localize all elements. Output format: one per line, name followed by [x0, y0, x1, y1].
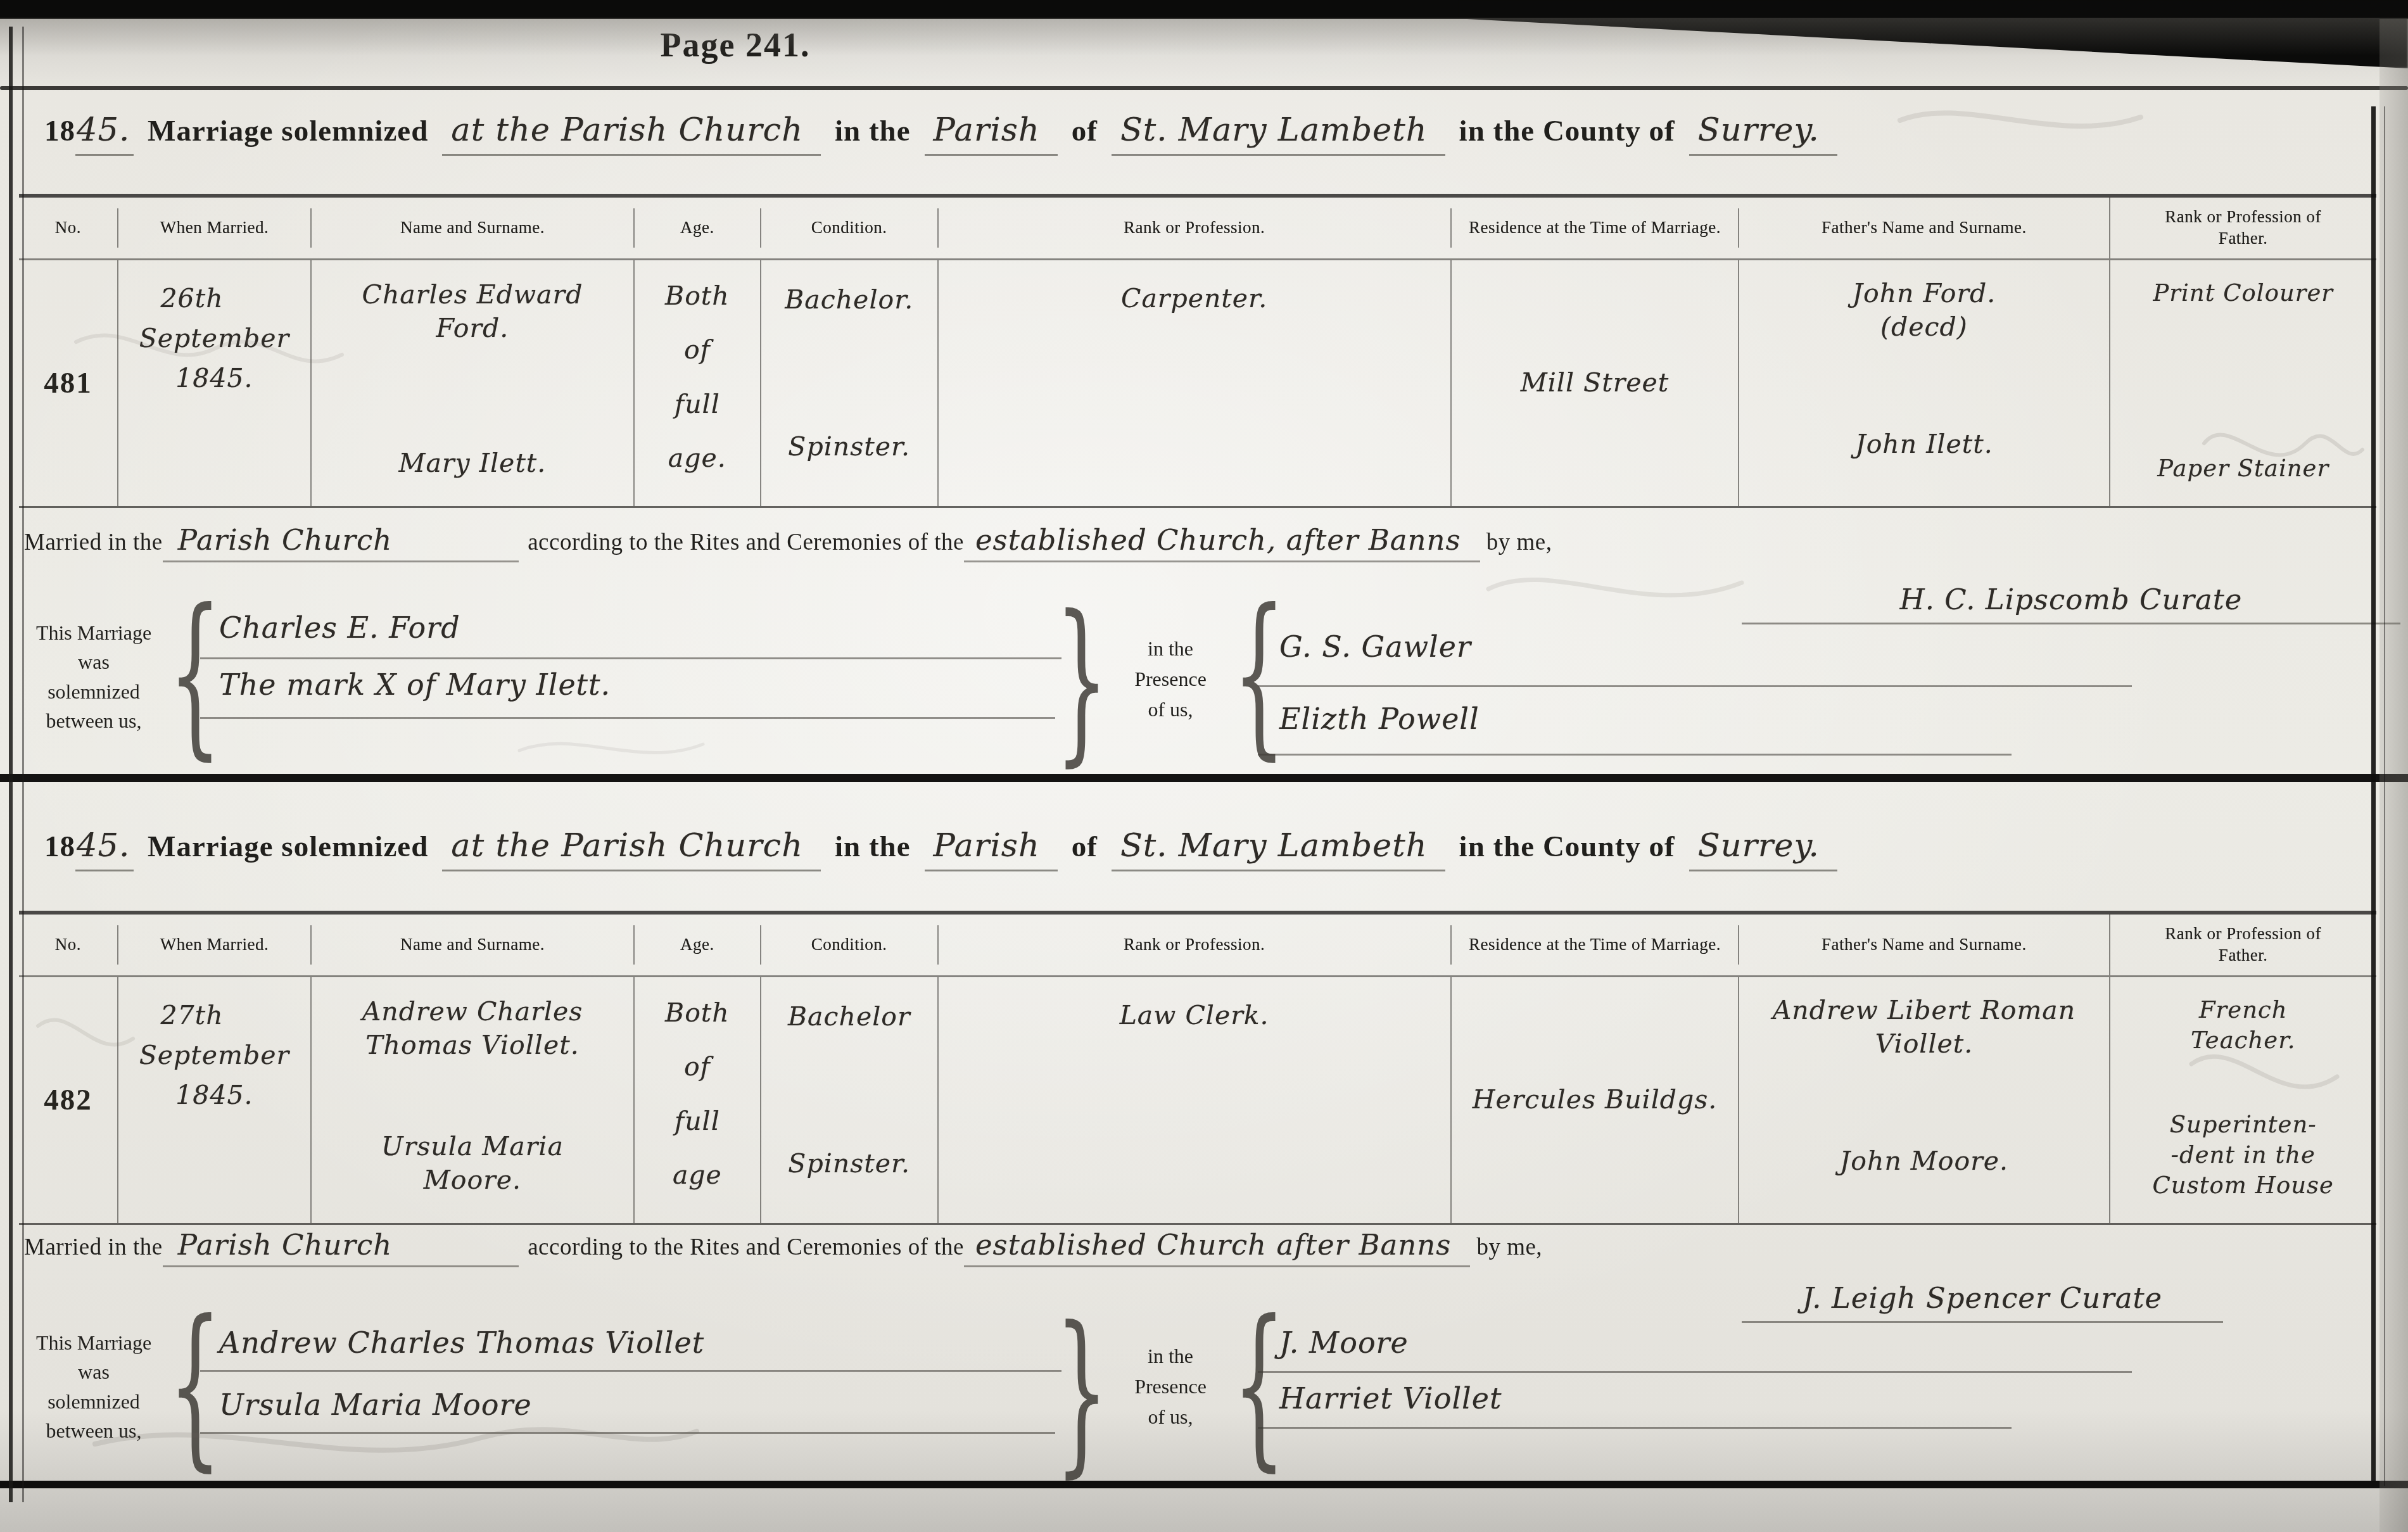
when-married-cell: 27th September 1845. — [117, 977, 310, 1223]
bride-name-line1: Ursula Maria — [314, 1130, 631, 1163]
groom-father-line1: Andrew Libert Roman — [1742, 994, 2106, 1027]
presence-line1: in the — [1103, 1341, 1238, 1371]
col-header-when-married: When Married. — [117, 925, 310, 965]
groom-father: Andrew Libert Roman Viollet. — [1742, 994, 2106, 1061]
witness-1-signature: J. Moore — [1279, 1326, 1409, 1360]
rites-entry: established Church after Banns — [964, 1228, 1470, 1267]
age-cell: Both of full age — [633, 977, 760, 1223]
col-header-when-married: When Married. — [117, 208, 310, 248]
col-header-no: No. — [19, 208, 117, 248]
of-label: of — [1072, 114, 1098, 148]
table-row: 481 26th September 1845. Charles Edward … — [19, 260, 2376, 508]
groom-father-line2: Viollet. — [1742, 1027, 2106, 1061]
year-field: 18 45. — [44, 111, 134, 156]
vow-line3: solemnized — [20, 677, 167, 706]
when-year: 1845. — [118, 362, 310, 395]
bride-name: Ursula Maria Moore. — [314, 1130, 631, 1198]
col-header-age: Age. — [633, 925, 760, 965]
groom-name: Charles Edward Ford. — [314, 278, 631, 346]
bride-father-rank: Superinten- -dent in the Custom House — [2113, 1110, 2374, 1201]
bride-father-rank-line1: Paper Stainer — [2113, 453, 2374, 484]
vow-line4: between us, — [20, 1416, 167, 1445]
groom-signature-line — [200, 1370, 1061, 1372]
page-binding-edge — [9, 27, 24, 1502]
married-in-line: Married in the Parish Church according t… — [24, 523, 1552, 562]
horizontal-rule-bottom — [0, 1481, 2408, 1488]
bride-signature-line — [200, 1432, 1055, 1434]
age-line3: full — [637, 388, 757, 421]
bride-name: Mary Ilett. — [314, 446, 631, 480]
year-printed: 18 — [44, 830, 75, 864]
groom-signature: Andrew Charles Thomas Viollet — [219, 1326, 704, 1360]
groom-name-line2: Ford. — [314, 312, 631, 345]
presence-line1: in the — [1103, 633, 1238, 664]
presence-line2: Presence — [1103, 1371, 1238, 1402]
age-line2: of — [637, 333, 757, 367]
table-header-row: No. When Married. Name and Surname. Age.… — [19, 198, 2376, 260]
bride-condition: Spinster. — [764, 1147, 935, 1181]
parish-name-entry: St. Mary Lambeth — [1112, 111, 1445, 156]
age-line4: age. — [637, 441, 757, 475]
closing-brace: } — [1055, 1289, 1108, 1494]
entry-number: 481 — [19, 366, 117, 400]
parish-entry: Parish — [925, 827, 1058, 871]
presence-line3: of us, — [1103, 1402, 1238, 1432]
presence-line2: Presence — [1103, 664, 1238, 694]
county-label: in the County of — [1459, 830, 1675, 864]
year-entry: 45. — [75, 111, 134, 156]
col-header-father: Father's Name and Surname. — [1738, 925, 2108, 965]
col-header-father-rank: Rank or Profession of Father. — [2109, 198, 2376, 258]
witness-brace: { — [1233, 1283, 1286, 1488]
section-divider-rule — [0, 774, 2408, 782]
ceremony-section-481: Married in the Parish Church according t… — [19, 502, 2376, 775]
bride-name-line1: Mary Ilett. — [314, 446, 631, 480]
married-in-entry: Parish Church — [163, 523, 519, 562]
groom-name-line1: Andrew Charles — [314, 995, 631, 1029]
married-in-line: Married in the Parish Church according t… — [24, 1228, 1542, 1267]
parish-name-entry: St. Mary Lambeth — [1112, 827, 1445, 871]
in-the-label: in the — [835, 830, 911, 864]
age-cell: Both of full age. — [633, 260, 760, 506]
county-entry: Surrey. — [1689, 827, 1837, 871]
col-header-age: Age. — [633, 208, 760, 248]
col-header-father-rank-line1: Rank or Profession of — [2114, 923, 2373, 945]
groom-father: John Ford. (decd) — [1742, 277, 2106, 345]
horizontal-rule-top — [0, 86, 2408, 90]
vow-line1: This Marriage — [20, 1328, 167, 1357]
solemnized-label: Marriage solemnized — [148, 114, 428, 148]
bride-father-rank-line1: Superinten- — [2113, 1110, 2374, 1140]
bride-signature: Ursula Maria Moore — [219, 1388, 532, 1422]
vow-line2: was — [20, 1357, 167, 1386]
age-line2: of — [637, 1050, 757, 1084]
when-day: 27th — [118, 999, 310, 1032]
groom-father-line1: John Ford. — [1742, 277, 2106, 310]
table-header-row: No. When Married. Name and Surname. Age.… — [19, 915, 2376, 977]
col-header-residence: Residence at the Time of Marriage. — [1450, 208, 1739, 248]
bride-father: John Ilett. — [1742, 427, 2106, 461]
col-header-no: No. — [19, 925, 117, 965]
officiant-signature: J. Leigh Spencer Curate — [1742, 1281, 2223, 1323]
section-heading-481: 18 45. Marriage solemnized at the Parish… — [44, 111, 2337, 156]
presence-line3: of us, — [1103, 694, 1238, 725]
col-header-name-surname: Name and Surname. — [310, 208, 633, 248]
year-field: 18 45. — [44, 827, 134, 871]
witness-1-line — [1258, 1371, 2132, 1373]
bride-signature-line — [200, 717, 1055, 719]
groom-name: Andrew Charles Thomas Viollet. — [314, 995, 631, 1063]
bride-father: John Moore. — [1742, 1144, 2106, 1178]
entry-number-cell: 482 — [19, 977, 117, 1223]
ceremony-section-482: Married in the Parish Church according t… — [19, 1219, 2376, 1485]
age-line4: age — [637, 1158, 757, 1192]
witness-2-signature: Harriet Viollet — [1279, 1381, 1502, 1415]
entry-number: 482 — [19, 1083, 117, 1117]
closing-brace: } — [1055, 578, 1108, 783]
rites-entry: established Church, after Banns — [964, 523, 1480, 562]
rites-label: according to the Rites and Ceremonies of… — [528, 1234, 964, 1261]
presence-label-block: in the Presence of us, — [1103, 1341, 1238, 1432]
groom-condition: Bachelor. — [764, 283, 935, 317]
condition-cell: Bachelor. Spinster. — [760, 260, 937, 506]
scan-shadow — [0, 18, 2408, 56]
rank-profession-cell: Law Clerk. — [937, 977, 1450, 1223]
register-table-481: No. When Married. Name and Surname. Age.… — [19, 194, 2376, 508]
register-page-scan: Page 241. 18 45. Marriage solemnized at … — [0, 0, 2408, 1532]
father-name-cell: John Ford. (decd) John Ilett. — [1738, 260, 2108, 506]
witness-2-line — [1258, 754, 2012, 756]
groom-father-rank-line1: French — [2113, 995, 2374, 1025]
bride-condition: Spinster. — [764, 430, 935, 464]
condition-cell: Bachelor Spinster. — [760, 977, 937, 1223]
presence-label-block: in the Presence of us, — [1103, 633, 1238, 725]
register-table-482: No. When Married. Name and Surname. Age.… — [19, 911, 2376, 1225]
residence: Mill Street — [1452, 366, 1739, 400]
groom-signature-line — [200, 657, 1061, 659]
col-header-condition: Condition. — [760, 925, 937, 965]
groom-name-line2: Thomas Viollet. — [314, 1029, 631, 1062]
col-header-rank: Rank or Profession. — [937, 925, 1450, 965]
col-header-father: Father's Name and Surname. — [1738, 208, 2108, 248]
year-printed: 18 — [44, 114, 75, 148]
groom-name-line1: Charles Edward — [314, 278, 631, 312]
col-header-residence: Residence at the Time of Marriage. — [1450, 925, 1739, 965]
solemnized-label: Marriage solemnized — [148, 830, 428, 864]
col-header-father-rank-line1: Rank or Profession of — [2114, 206, 2373, 228]
witness-2-signature: Elizth Powell — [1279, 702, 1480, 736]
opening-brace: { — [168, 1283, 222, 1488]
rank-profession-cell: Carpenter. — [937, 260, 1450, 506]
place-entry: at the Parish Church — [442, 827, 821, 871]
residence-cell: Hercules Buildgs. — [1450, 977, 1739, 1223]
vow-line1: This Marriage — [20, 618, 167, 647]
groom-father-rank-line1: Print Colourer — [2113, 278, 2374, 308]
age-line1: Both — [637, 996, 757, 1030]
of-label: of — [1072, 830, 1098, 864]
by-me-label: by me, — [1486, 529, 1552, 556]
vow-label-block: This Marriage was solemnized between us, — [20, 1328, 167, 1446]
married-in-label: Married in the — [24, 1234, 163, 1261]
by-me-label: by me, — [1476, 1234, 1542, 1261]
bride-father-rank: Paper Stainer — [2113, 453, 2374, 484]
age-line1: Both — [637, 279, 757, 313]
when-month: September — [118, 1039, 310, 1072]
bride-father-rank-line2: -dent in the — [2113, 1140, 2374, 1170]
col-header-father-rank: Rank or Profession of Father. — [2109, 915, 2376, 975]
page-border-right — [2371, 106, 2385, 1486]
groom-rank: Carpenter. — [939, 282, 1450, 315]
married-in-entry: Parish Church — [163, 1228, 519, 1267]
residence: Hercules Buildgs. — [1452, 1083, 1739, 1117]
officiant-signature: H. C. Lipscomb Curate — [1742, 583, 2400, 624]
bride-father-rank-line3: Custom House — [2113, 1170, 2374, 1201]
name-surname-cell: Andrew Charles Thomas Viollet. Ursula Ma… — [310, 977, 633, 1223]
residence-cell: Mill Street — [1450, 260, 1739, 506]
vow-label-block: This Marriage was solemnized between us, — [20, 618, 167, 736]
col-header-condition: Condition. — [760, 208, 937, 248]
when-year: 1845. — [118, 1079, 310, 1112]
father-rank-cell: French Teacher. Superinten- -dent in the… — [2109, 977, 2376, 1223]
col-header-name-surname: Name and Surname. — [310, 925, 633, 965]
when-day: 26th — [118, 282, 310, 315]
father-name-cell: Andrew Libert Roman Viollet. John Moore. — [1738, 977, 2108, 1223]
section-heading-482: 18 45. Marriage solemnized at the Parish… — [44, 827, 2337, 871]
groom-condition: Bachelor — [764, 1000, 935, 1034]
bride-name-line2: Moore. — [314, 1163, 631, 1197]
witness-1-line — [1258, 685, 2132, 687]
groom-rank: Law Clerk. — [939, 999, 1450, 1032]
bride-signature: The mark X of Mary Ilett. — [219, 668, 611, 702]
married-in-label: Married in the — [24, 529, 163, 556]
rites-label: according to the Rites and Ceremonies of… — [528, 529, 964, 556]
vow-line2: was — [20, 647, 167, 676]
col-header-father-rank-line2: Father. — [2114, 945, 2373, 966]
vow-line3: solemnized — [20, 1387, 167, 1416]
age-line3: full — [637, 1105, 757, 1138]
witness-brace: { — [1233, 572, 1286, 776]
entry-number-cell: 481 — [19, 260, 117, 506]
witness-1-signature: G. S. Gawler — [1279, 630, 1471, 664]
parish-entry: Parish — [925, 111, 1058, 156]
witness-2-line — [1258, 1427, 2012, 1429]
in-the-label: in the — [835, 114, 911, 148]
table-row: 482 27th September 1845. Andrew Charles … — [19, 977, 2376, 1225]
place-entry: at the Parish Church — [442, 111, 821, 156]
groom-father-line2: (decd) — [1742, 310, 2106, 344]
groom-father-rank-line2: Teacher. — [2113, 1025, 2374, 1056]
col-header-rank: Rank or Profession. — [937, 208, 1450, 248]
when-month: September — [118, 322, 310, 355]
when-married-cell: 26th September 1845. — [117, 260, 310, 506]
county-entry: Surrey. — [1689, 111, 1837, 156]
groom-father-rank: French Teacher. — [2113, 995, 2374, 1056]
col-header-father-rank-line2: Father. — [2114, 228, 2373, 250]
county-label: in the County of — [1459, 114, 1675, 148]
father-rank-cell: Print Colourer Paper Stainer — [2109, 260, 2376, 506]
year-entry: 45. — [75, 827, 134, 871]
opening-brace: { — [168, 572, 222, 776]
groom-signature: Charles E. Ford — [219, 611, 460, 645]
groom-father-rank: Print Colourer — [2113, 278, 2374, 308]
vow-line4: between us, — [20, 706, 167, 735]
name-surname-cell: Charles Edward Ford. Mary Ilett. — [310, 260, 633, 506]
